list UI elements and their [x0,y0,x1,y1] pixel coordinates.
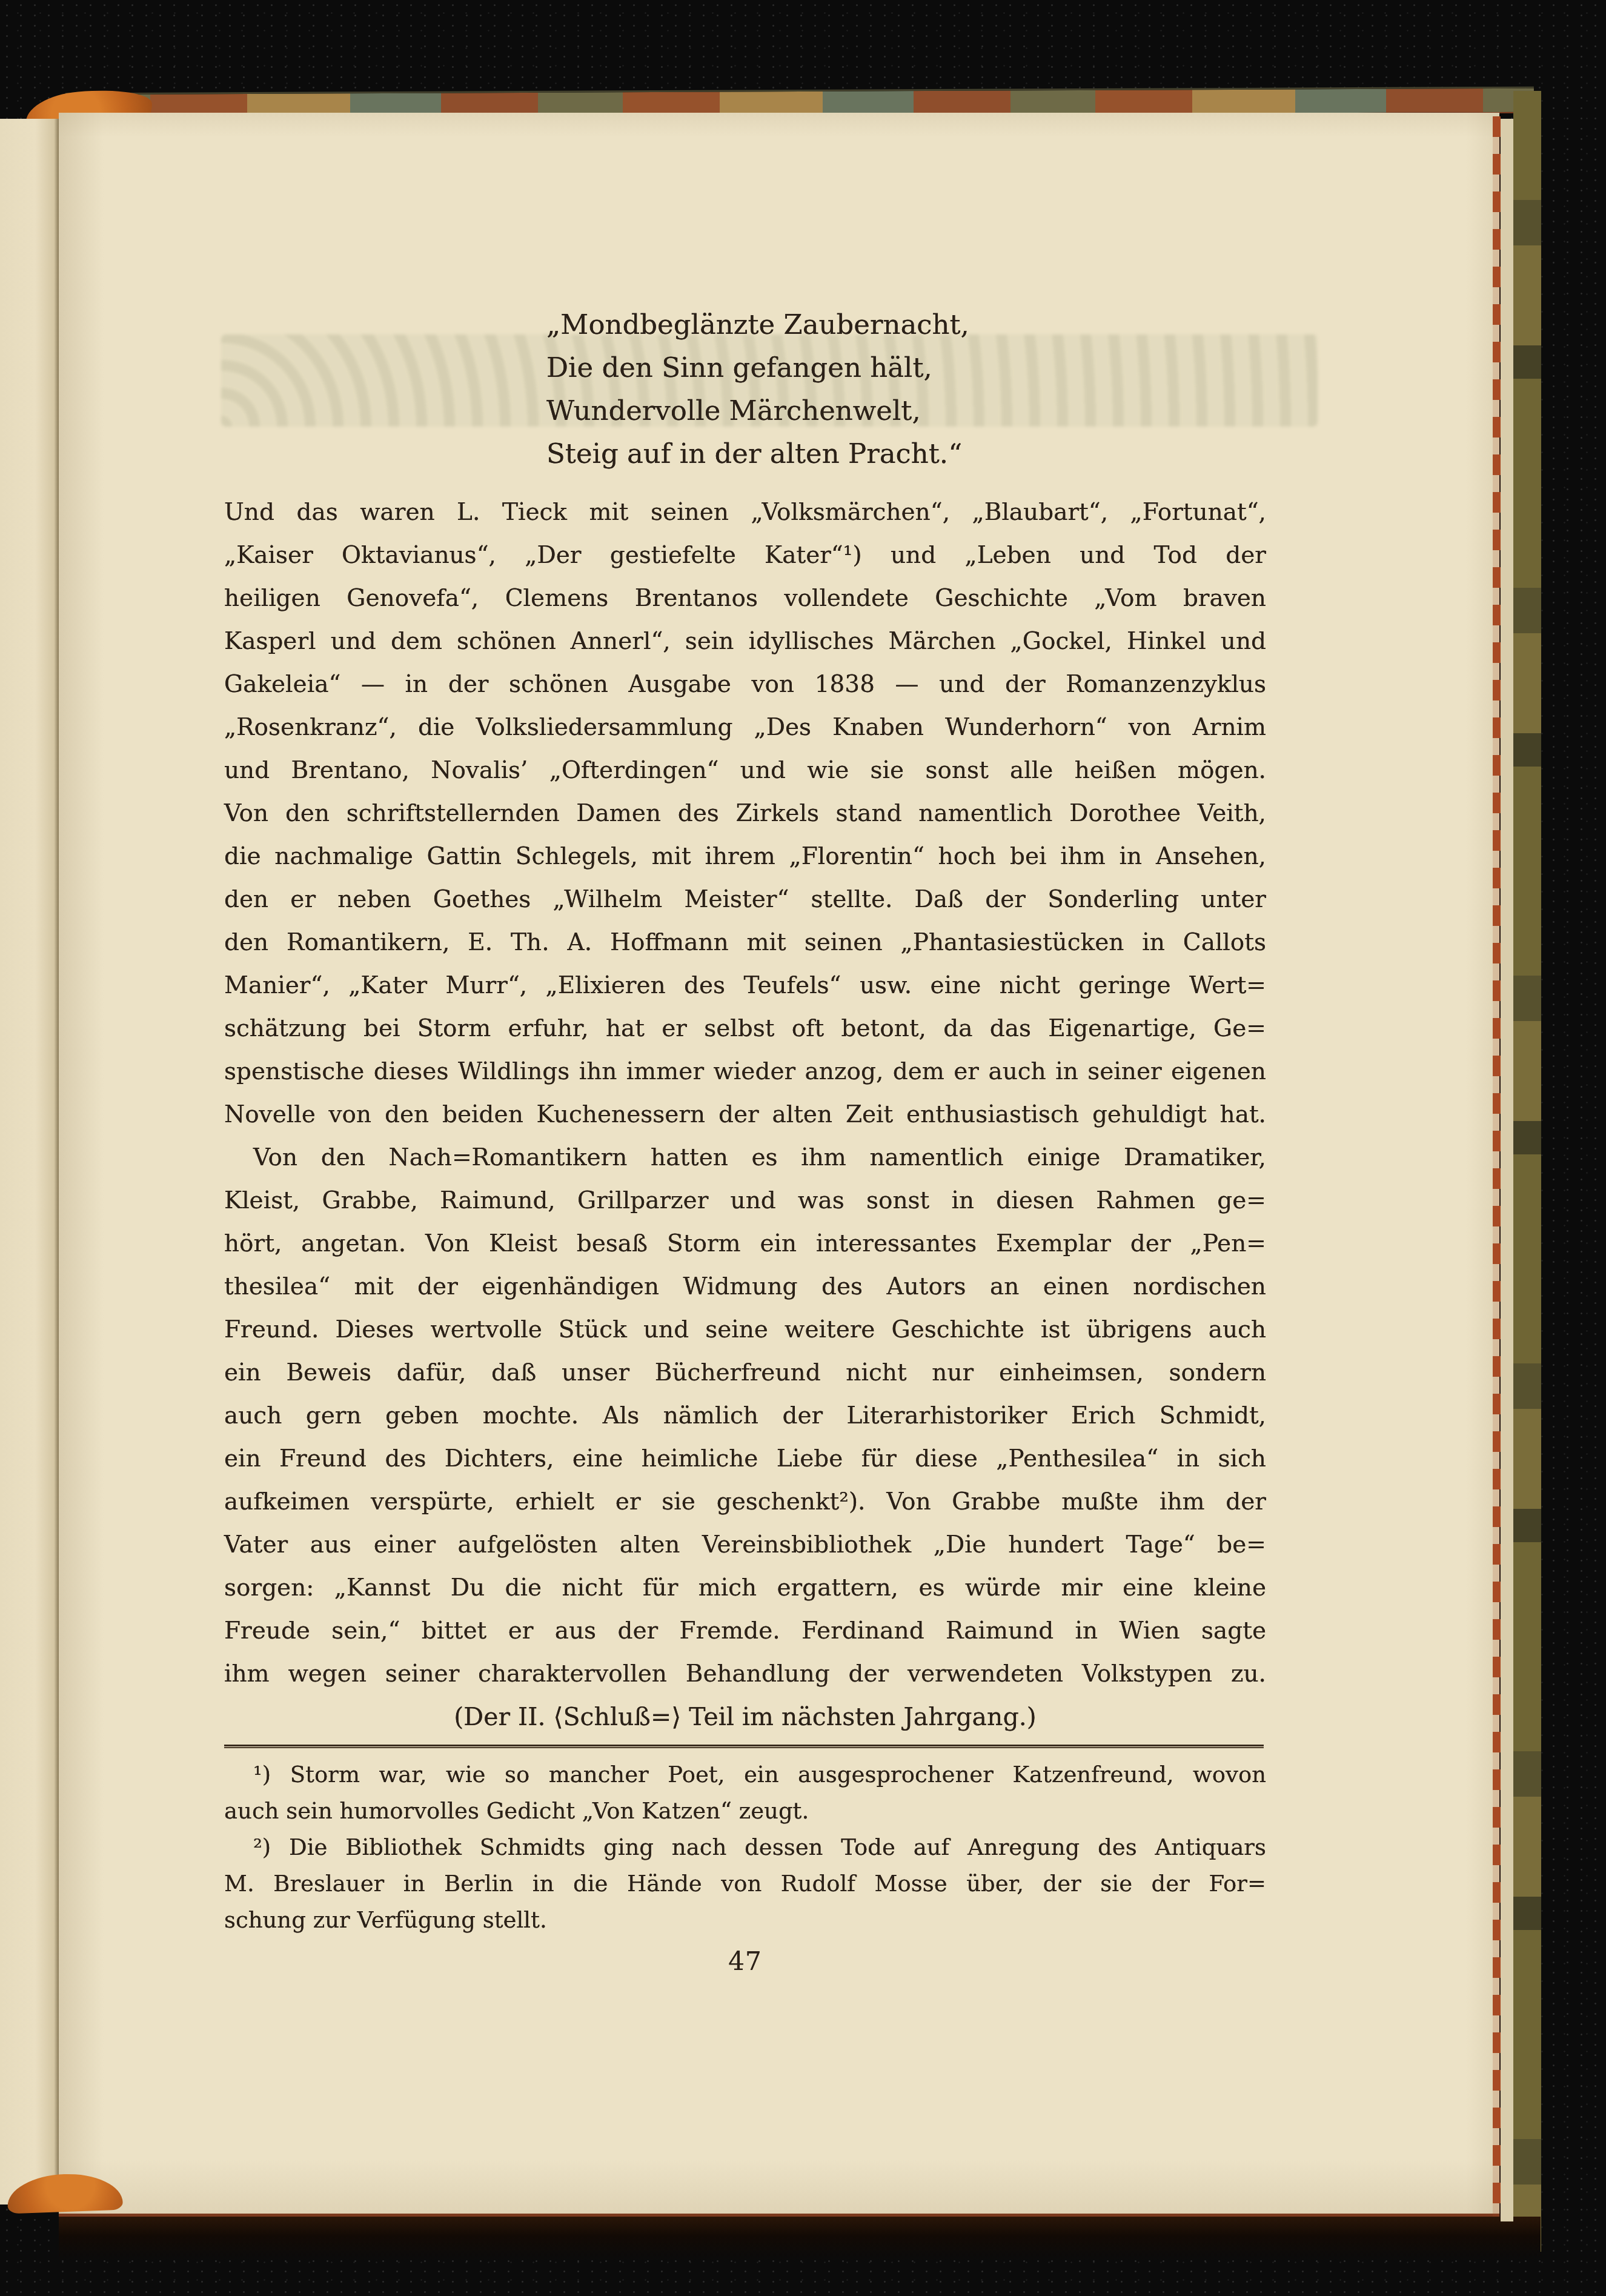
text-line: Vater aus einer aufgelösten alten Verein… [224,1523,1266,1566]
text-line: Von den Nach=Romantikern hatten es ihm n… [224,1136,1266,1179]
text-line: hört, angetan. Von Kleist besaß Storm ei… [224,1222,1266,1265]
text-line: Kleist, Grabbe, Raimund, Grillparzer und… [224,1179,1266,1222]
text-line: Gakeleia“ — in der schönen Ausgabe von 1… [224,663,1266,706]
book-cover-right-edge [1513,91,1541,2252]
paragraph-2: Von den Nach=Romantikern hatten es ihm n… [224,1136,1266,1695]
text-line: sorgen: „Kannst Du die nicht für mich er… [224,1566,1266,1609]
text-line: den er neben Goethes „Wilhelm Meister“ s… [224,878,1266,921]
text-line: und Brentano, Novalis’ „Ofterdingen“ und… [224,749,1266,792]
text-line: Von den schriftstellernden Damen des Zir… [224,792,1266,835]
facing-page-gutter-edge [0,119,59,2204]
scanned-book-photo: „Mondbeglänzte Zaubernacht, Die den Sinn… [0,0,1606,2296]
footnote-line: auch sein humorvolles Gedicht „Von Katze… [224,1793,1266,1829]
text-line: ein Freund des Dichters, eine heimliche … [224,1437,1266,1480]
closing-note: (Der II. ⟨Schluß=⟩ Teil im nächsten Jahr… [224,1695,1266,1739]
fore-edge-red-stain [1493,116,1501,2217]
poem-line: Die den Sinn gefangen hält, [546,346,1266,389]
page-bottom-shadow [59,2217,1541,2260]
text-line: den Romantikern, E. Th. A. Hoffmann mit … [224,921,1266,964]
text-line: Freude sein,“ bittet er aus der Fremde. … [224,1609,1266,1652]
footnote-line: ¹) Storm war, wie so mancher Poet, ein a… [224,1757,1266,1793]
book-page: „Mondbeglänzte Zaubernacht, Die den Sinn… [59,113,1499,2217]
poem-quote: „Mondbeglänzte Zaubernacht, Die den Sinn… [546,303,1266,475]
page-text: „Mondbeglänzte Zaubernacht, Die den Sinn… [224,303,1266,1980]
text-line: Novelle von den beiden Kuchenessern der … [224,1093,1266,1136]
text-line: auch gern geben mochte. Als nämlich der … [224,1394,1266,1437]
text-line: die nachmalige Gattin Schlegels, mit ihr… [224,835,1266,878]
text-line: Freund. Dieses wertvolle Stück und seine… [224,1308,1266,1351]
poem-line: „Mondbeglänzte Zaubernacht, [546,303,1266,346]
poem-line: Steig auf in der alten Pracht.“ [546,432,1266,475]
text-line: Manier“, „Kater Murr“, „Elixieren des Te… [224,964,1266,1007]
paragraph-1: Und das waren L. Tieck mit seinen „Volks… [224,491,1266,1136]
text-line: thesilea“ mit der eigenhändigen Widmung … [224,1265,1266,1308]
footnote-line: ²) Die Bibliothek Schmidts ging nach des… [224,1829,1266,1866]
text-line: aufkeimen verspürte, erhielt er sie gesc… [224,1480,1266,1523]
footnotes: ¹) Storm war, wie so mancher Poet, ein a… [224,1757,1266,1938]
text-line: schätzung bei Storm erfuhr, hat er selbs… [224,1007,1266,1050]
footnote-line: M. Breslauer in Berlin in die Hände von … [224,1866,1266,1902]
underlying-page-edge [1501,119,1513,2221]
text-line: „Kaiser Oktavianus“, „Der gestiefelte Ka… [224,534,1266,577]
text-line: „Rosenkranz“, die Volksliedersammlung „D… [224,706,1266,749]
text-line: Und das waren L. Tieck mit seinen „Volks… [224,491,1266,534]
page-number: 47 [224,1943,1266,1980]
text-line: Kasperl und dem schönen Annerl“, sein id… [224,620,1266,663]
text-line: heiligen Genovefa“, Clemens Brentanos vo… [224,577,1266,620]
footnote-line: schung zur Verfügung stellt. [224,1902,1266,1938]
footnote-separator-rule [224,1745,1264,1748]
text-line: ihm wegen seiner charaktervollen Behandl… [224,1652,1266,1695]
text-line: ein Beweis dafür, daß unser Bücherfreund… [224,1351,1266,1394]
poem-line: Wundervolle Märchenwelt, [546,389,1266,432]
text-line: spenstische dieses Wildlings ihn immer w… [224,1050,1266,1093]
